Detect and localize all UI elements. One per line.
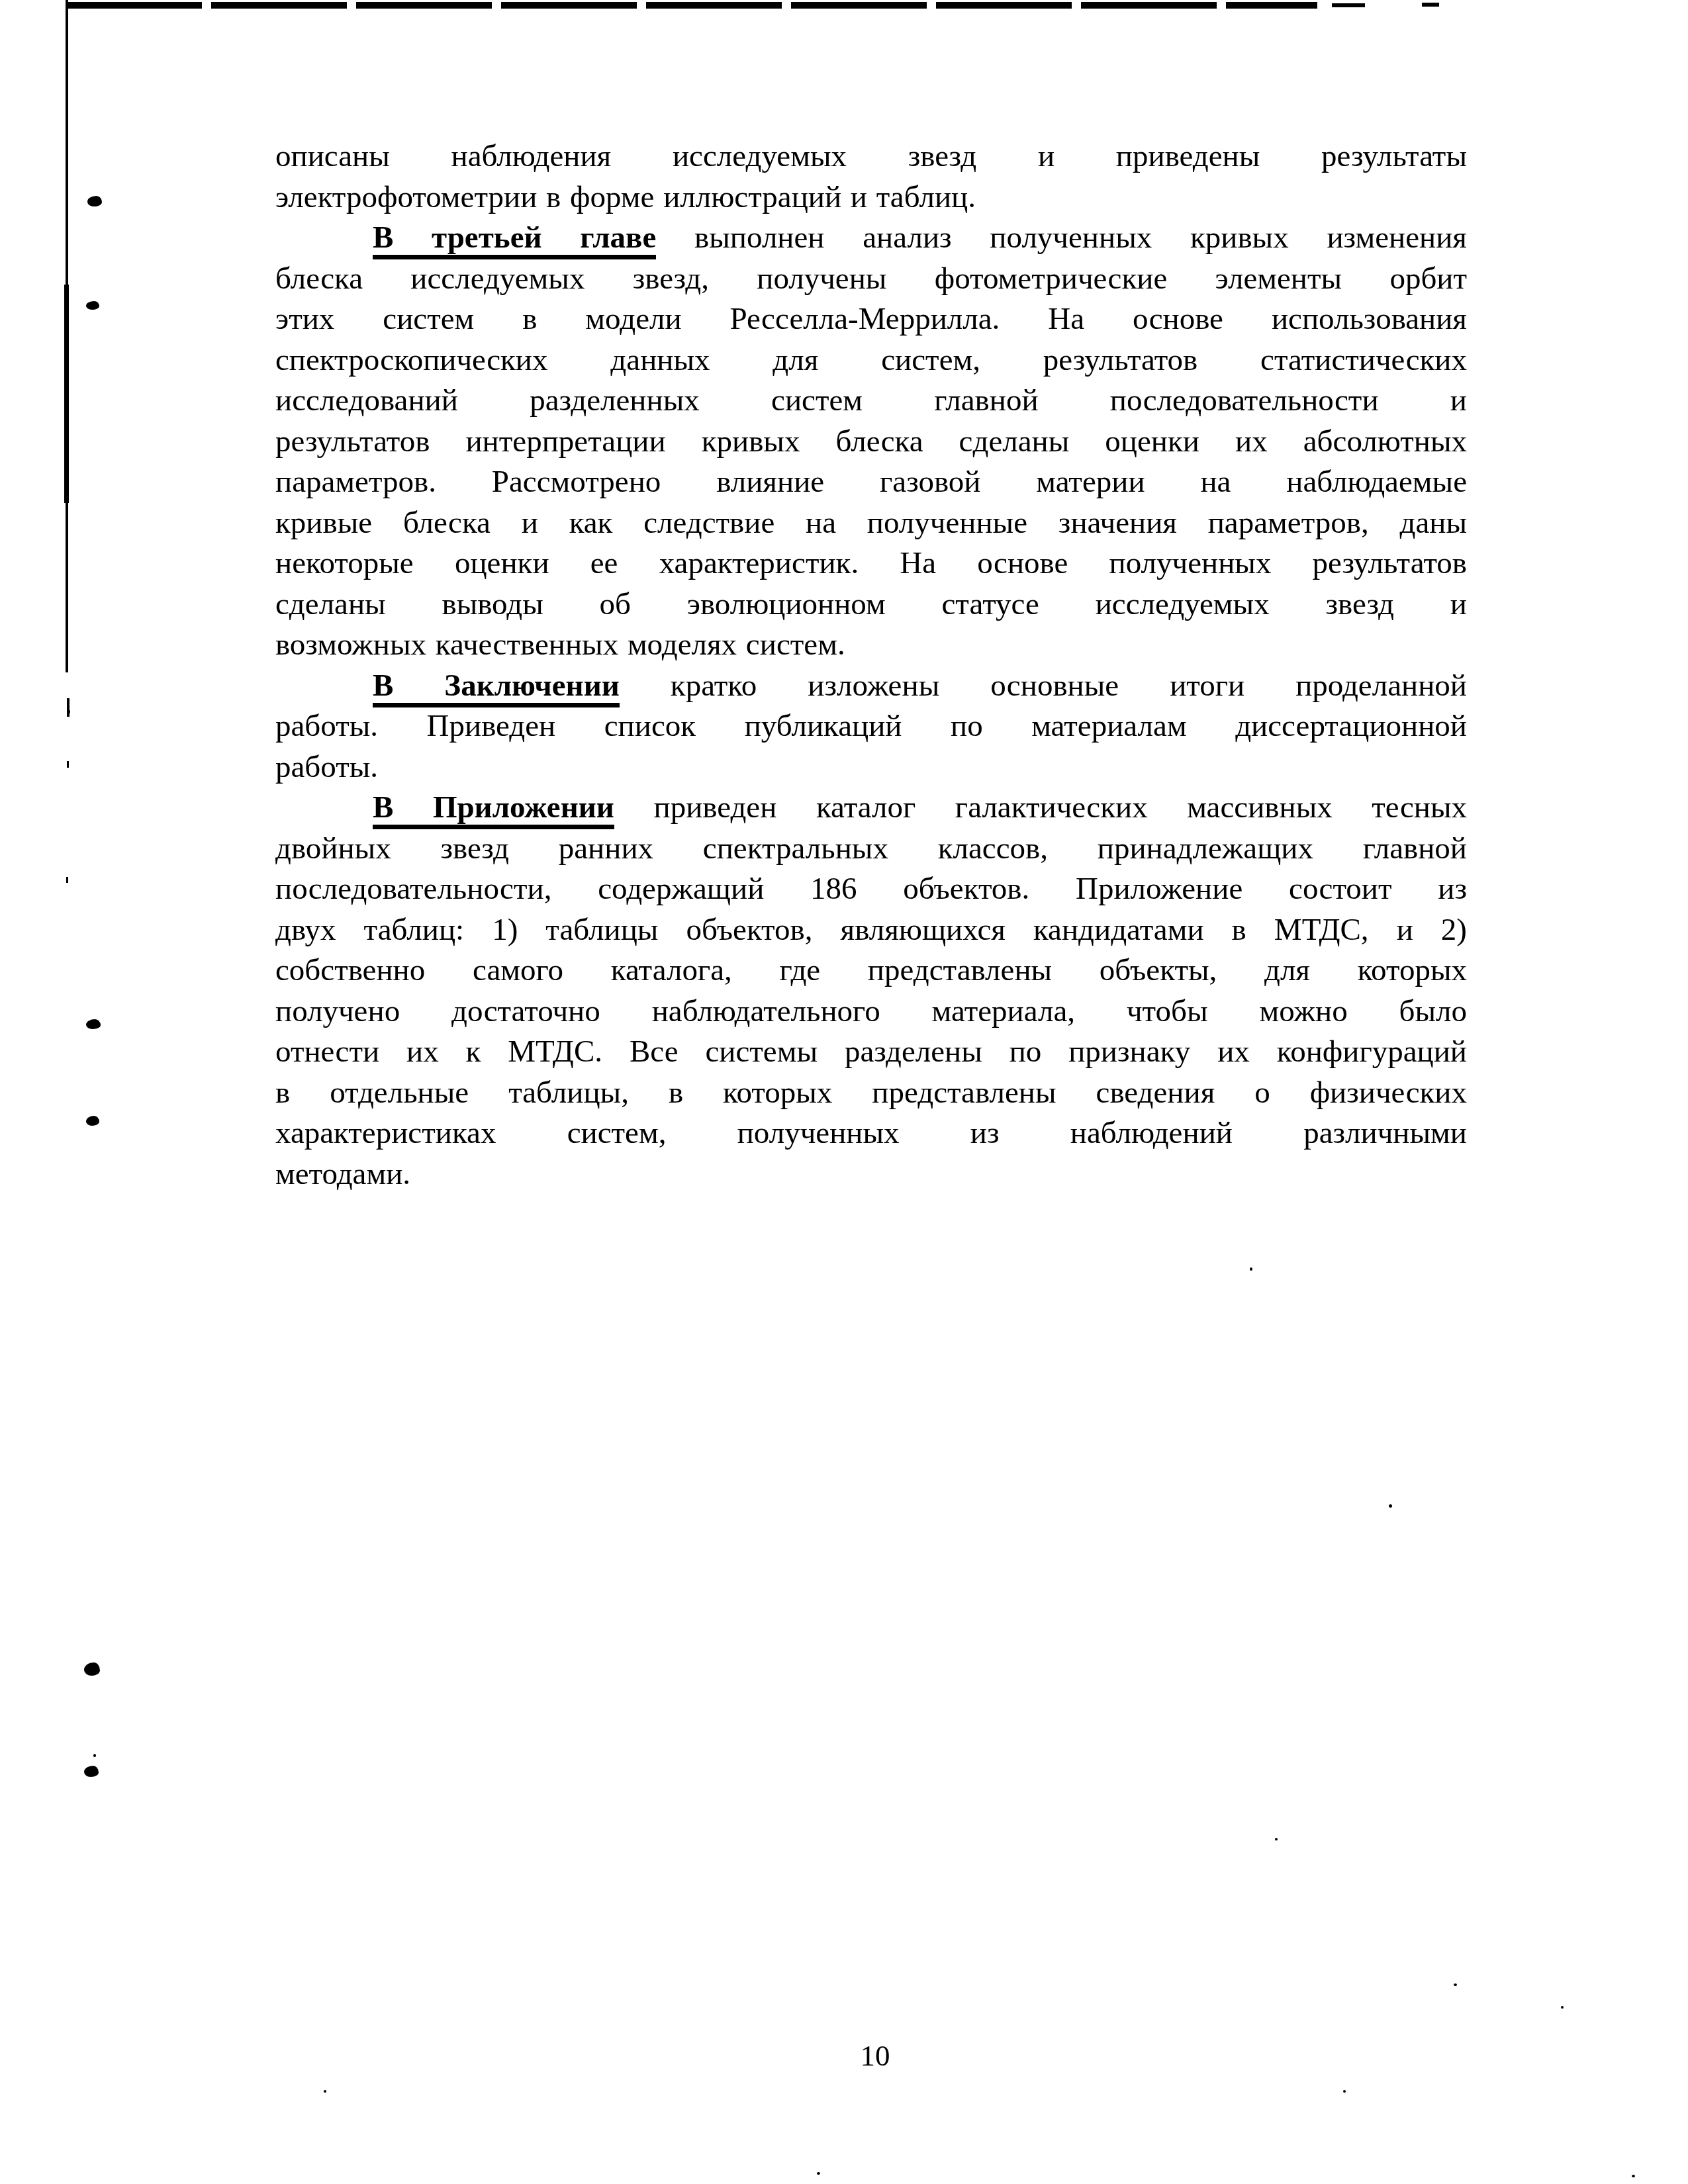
text-segment: кратко изложены основные итоги проделанн… bbox=[620, 668, 1467, 703]
text-line: результатов интерпретации кривых блеска … bbox=[275, 422, 1467, 463]
ink-blob bbox=[86, 301, 99, 310]
text-segment: блеска исследуемых звезд, получены фотом… bbox=[275, 261, 1467, 296]
ink-speck bbox=[1275, 1838, 1278, 1841]
text-line: кривые блеска и как следствие на получен… bbox=[275, 503, 1467, 544]
text-segment: работы. Приведен список публикаций по ма… bbox=[275, 709, 1467, 743]
ink-blob bbox=[84, 1766, 99, 1777]
text-segment: параметров. Рассмотрено влияние газовой … bbox=[275, 465, 1467, 499]
text-segment: электрофотометрии в форме иллюстраций и … bbox=[275, 180, 976, 214]
text-line: параметров. Рассмотрено влияние газовой … bbox=[275, 462, 1467, 503]
text-segment: получено достаточно наблюдательного мате… bbox=[275, 994, 1467, 1028]
text-line: В Приложении приведен каталог галактичес… bbox=[275, 788, 1467, 829]
text-line: блеска исследуемых звезд, получены фотом… bbox=[275, 259, 1467, 300]
text-segment: некоторые оценки ее характеристик. На ос… bbox=[275, 546, 1467, 580]
text-line: электрофотометрии в форме иллюстраций и … bbox=[275, 177, 1467, 218]
scan-artifact-tick bbox=[67, 761, 69, 768]
scan-artifact-dash bbox=[1422, 3, 1439, 7]
text-line: спектроскопических данных для систем, ре… bbox=[275, 340, 1467, 381]
text-segment: описаны наблюдения исследуемых звезд и п… bbox=[275, 139, 1467, 173]
text-segment: двойных звезд ранних спектральных классо… bbox=[275, 831, 1467, 866]
ink-blob bbox=[84, 1662, 100, 1676]
section-heading: В Приложении bbox=[373, 790, 614, 829]
text-line: этих систем в модели Ресселла-Меррилла. … bbox=[275, 299, 1467, 340]
text-line: В Заключении кратко изложены основные ит… bbox=[275, 666, 1467, 707]
ink-speck bbox=[1632, 2175, 1635, 2177]
text-segment: этих систем в модели Ресселла-Меррилла. … bbox=[275, 302, 1467, 336]
text-line: исследований разделенных систем главной … bbox=[275, 381, 1467, 422]
scan-artifact-top-line bbox=[66, 2, 1317, 9]
text-segment: методами. bbox=[275, 1157, 410, 1191]
text-line: двойных звезд ранних спектральных классо… bbox=[275, 829, 1467, 870]
text-segment: исследований разделенных систем главной … bbox=[275, 383, 1467, 418]
text-line: отнести их к МТДС. Все системы разделены… bbox=[275, 1032, 1467, 1073]
ink-speck bbox=[1343, 2090, 1346, 2093]
section-heading: В Заключении bbox=[373, 668, 620, 707]
text-line: двух таблиц: 1) таблицы объектов, являющ… bbox=[275, 910, 1467, 951]
text-line: некоторые оценки ее характеристик. На ос… bbox=[275, 543, 1467, 584]
text-segment: работы. bbox=[275, 750, 378, 784]
text-line: В третьей главе выполнен анализ полученн… bbox=[275, 218, 1467, 259]
text-segment: кривые блеска и как следствие на получен… bbox=[275, 506, 1467, 540]
document-text: описаны наблюдения исследуемых звезд и п… bbox=[275, 136, 1467, 1195]
text-line: характеристиках систем, полученных из на… bbox=[275, 1113, 1467, 1154]
ink-speck bbox=[817, 2172, 820, 2175]
text-line: методами. bbox=[275, 1154, 1467, 1195]
ink-blob bbox=[86, 1019, 101, 1029]
text-segment: отнести их к МТДС. Все системы разделены… bbox=[275, 1034, 1467, 1069]
ink-speck bbox=[93, 1754, 96, 1757]
text-segment: собственно самого каталога, где представ… bbox=[275, 953, 1467, 987]
text-segment: в отдельные таблицы, в которых представл… bbox=[275, 1075, 1467, 1110]
text-segment: результатов интерпретации кривых блеска … bbox=[275, 424, 1467, 459]
ink-speck bbox=[67, 709, 70, 714]
ink-speck bbox=[1389, 1504, 1392, 1508]
ink-speck bbox=[1561, 2006, 1564, 2009]
text-line: работы. bbox=[275, 747, 1467, 788]
ink-blob bbox=[86, 1116, 99, 1126]
text-line: в отдельные таблицы, в которых представл… bbox=[275, 1073, 1467, 1114]
text-line: возможных качественных моделях систем. bbox=[275, 625, 1467, 666]
text-line: получено достаточно наблюдательного мате… bbox=[275, 991, 1467, 1032]
text-segment: двух таблиц: 1) таблицы объектов, являющ… bbox=[275, 913, 1467, 947]
text-segment: последовательности, содержащий 186 объек… bbox=[275, 872, 1467, 906]
text-segment: сделаны выводы об эволюционном статусе и… bbox=[275, 587, 1467, 621]
text-line: описаны наблюдения исследуемых звезд и п… bbox=[275, 136, 1467, 177]
text-segment: возможных качественных моделях систем. bbox=[275, 627, 845, 662]
text-segment: спектроскопических данных для систем, ре… bbox=[275, 343, 1467, 377]
text-line: работы. Приведен список публикаций по ма… bbox=[275, 706, 1467, 747]
scan-artifact-dash bbox=[1332, 3, 1365, 7]
text-segment: выполнен анализ полученных кривых измене… bbox=[656, 220, 1467, 255]
section-heading: В третьей главе bbox=[373, 220, 656, 259]
scan-artifact-left-line-thick bbox=[64, 285, 69, 503]
text-line: сделаны выводы об эволюционном статусе и… bbox=[275, 584, 1467, 625]
scan-artifact-tick bbox=[66, 877, 68, 883]
ink-blob bbox=[87, 196, 102, 206]
ink-speck bbox=[1454, 1983, 1457, 1986]
text-segment: приведен каталог галактических массивных… bbox=[614, 790, 1467, 825]
text-line: последовательности, содержащий 186 объек… bbox=[275, 869, 1467, 910]
scanned-document-page: описаны наблюдения исследуемых звезд и п… bbox=[0, 0, 1688, 2184]
text-segment: характеристиках систем, полученных из на… bbox=[275, 1116, 1467, 1150]
ink-speck bbox=[324, 2090, 326, 2093]
text-line: собственно самого каталога, где представ… bbox=[275, 950, 1467, 991]
ink-speck bbox=[1250, 1267, 1252, 1271]
page-number: 10 bbox=[855, 2038, 895, 2073]
